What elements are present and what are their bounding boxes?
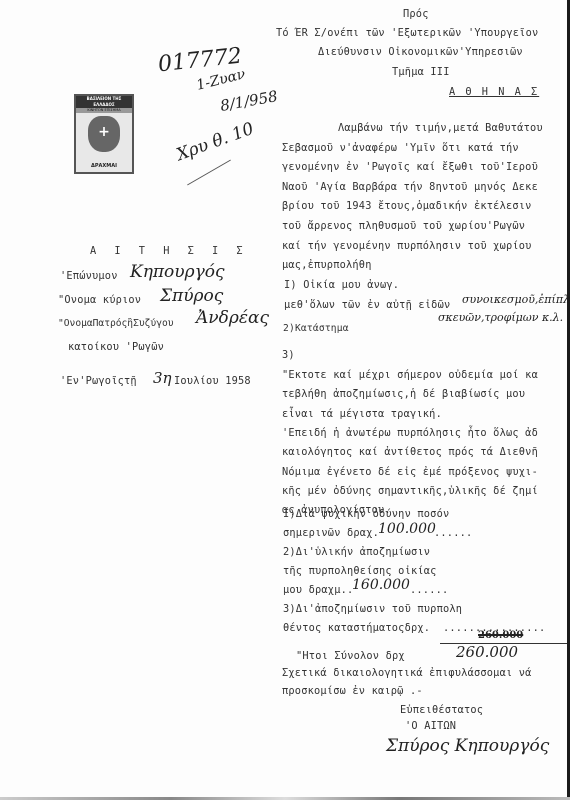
item-1-detail: μεθ'ὅλων τῶν ἐν αὐτῇ εἰδῶν [284, 299, 450, 311]
item-2: 2)Κατάστημα [283, 323, 349, 334]
total-struck: 260.000 [478, 630, 523, 641]
date-prefix: 'Εν'Ρωγοῖςτῇ [60, 375, 137, 387]
text-line: τεβλήθη ἀποζημίωσις,ἡ δέ βιαβίωσίς μου [282, 388, 525, 400]
header-line2: Διεύθυνσιν Οἰκονομικῶν'Υπηρεσιῶν [318, 46, 523, 58]
pen-stroke [187, 160, 231, 186]
text-line: 'Επειδή ἡ ἀνωτέρω πυρπόλησις ἦτο ὅλως ἀδ [282, 427, 538, 439]
text-line: τοῦ ἄρρενος πληθυσμοῦ τοῦ χωρίου'Ρωγῶν [282, 220, 525, 232]
claim-1-dots: ...... [434, 527, 472, 539]
text-line: Ναοῦ 'Αγία Βαρβάρα τήν 8ηντοῦ μηνός Δεκε [282, 181, 538, 193]
header-line1: Τό ΈR Σ/ονέπι τῶν 'Εξωτερικῶν 'Υπουργεῖο… [276, 27, 538, 39]
residence: κατοίκου 'Ρωγῶν [68, 341, 164, 353]
text-line: "Εκτοτε καί μέχρι σήμερον οὐδεμία μοί κα [282, 369, 538, 381]
father-label: "ΟνομαΠατρόςἢΣυζύγου [58, 318, 174, 329]
claim-2-line1: 2)Δι'ὑλικήν ἀποζημίωσιν [283, 546, 430, 558]
stamp-sub-text: ΚΙΝΗΤΟΝ ΕΠΙΣΗΜΑ [76, 108, 132, 113]
claim-2-amount: 160.000 [352, 577, 410, 593]
claim-1-line2: σημερινῶν δραχ. [283, 527, 379, 539]
applicant-heading: Α Ι Τ Η Σ Ι Σ [90, 245, 249, 257]
header-line3: Τμῆμα III [392, 66, 450, 78]
revenue-stamp: ΒΑΣΙΛΕΙΟΝ ΤΗΣ ΕΛΛΑΔΟΣ ΚΙΝΗΤΟΝ ΕΠΙΣΗΜΑ + … [74, 94, 134, 174]
date-suffix: Ιουλίου 1958 [174, 375, 251, 387]
protocol-note-2: 8/1/958 [219, 87, 279, 115]
text-line: καί τήν γενομένην πυρπόλησιν τοῦ χωρίου [282, 240, 532, 252]
item-3: 3) [282, 349, 295, 361]
signature-valediction: Εὐπειθέστατος [400, 704, 483, 716]
stamp-denomination: ΔΡΑΧΜΑΙ [76, 163, 132, 169]
claim-2-line1b: τῆς πυρποληθείσης οἰκίας [283, 565, 437, 577]
signature-role: 'Ο ΑΙΤΩΝ [405, 720, 456, 732]
text-line: καιολόγητος καί ἀντίθετος πρός τά Διεθνῆ [282, 446, 538, 458]
item-1: I) Οἰκία μου ἀνωγ. [284, 279, 399, 291]
claim-3-line1: 3)Δι'ἀποζημίωσιν τοῦ πυρπολη [283, 603, 462, 615]
father-value: Ἀνδρέας [196, 308, 269, 328]
surname-label: 'Επώνυμον [60, 270, 118, 282]
name-value: Σπύρος [160, 286, 223, 306]
text-line: μας,ἐπυρπολήθη [282, 259, 372, 271]
surname-value: Κηπουργός [130, 262, 225, 282]
item-1-handwritten-1: συνοικεσμοῦ,ἐπίπλ [462, 293, 570, 306]
claim-1-amount: 100.000 [378, 521, 436, 537]
closing-line-1: Σχετικά δικαιολογητικά ἐπιφυλάσσομαι νά [282, 667, 532, 679]
name-label: "Ονομα κύριον [58, 294, 141, 306]
signature-handwritten: Σπύρος Κηπουργός [386, 736, 549, 756]
date-day: 3η [153, 369, 172, 387]
text-line: Νόμιμα ἐγένετο δέ εἰς ἐμέ πρόξενος ψυχι- [282, 466, 538, 478]
cross-icon: + [98, 126, 110, 138]
text-line: Λαμβάνω τήν τιμήν,μετά Βαθυτάτου [338, 122, 543, 134]
claim-1-line1: I)Διά ψυχικήν ὀδύνην ποσόν [283, 508, 449, 520]
stamp-top-text: ΒΑΣΙΛΕΙΟΝ ΤΗΣ ΕΛΛΑΔΟΣ [76, 96, 132, 108]
total-amount: 260.000 [456, 643, 518, 661]
text-line: εἶναι τά μέγιστα τραγική. [282, 408, 442, 420]
total-label: "Ητοι Σύνολον δρχ [296, 650, 405, 662]
header-to: Πρός [403, 8, 429, 20]
claim-2-line2: μου δραχμ.. [283, 584, 353, 596]
item-1-handwritten-2: σκευῶν,τροφίμων κ.λ. [438, 311, 563, 324]
header-city: Α Θ Η Ν Α Σ [449, 86, 539, 98]
text-line: βρίου τοῦ 1943 ἔτους,ὁμαδικήν ἐκτέλεσιν [282, 200, 532, 212]
claim-3-line2: θέντος καταστήματοςδρχ. [283, 622, 430, 634]
text-line: γενομένην ἐν 'Ρωγοῖς καί ἔξωθι τοῦ'Ιεροῦ [282, 161, 538, 173]
closing-line-2: προσκομίσω ἐν καιρῷ .- [282, 685, 423, 697]
text-line: κῆς μέν ὀδύνης σημαντικῆς,ὑλικῆς δέ ζημί [282, 485, 538, 497]
claim-2-dots: ...... [410, 584, 448, 596]
text-line: Σεβασμοῦ ν'ἀναφέρω 'Υμῖν ὅτι κατά τήν [282, 142, 519, 154]
protocol-note-3: Χρυ θ. 10 [174, 119, 257, 165]
document-page: Πρός Τό ΈR Σ/ονέπι τῶν 'Εξωτερικῶν 'Υπου… [0, 0, 570, 800]
